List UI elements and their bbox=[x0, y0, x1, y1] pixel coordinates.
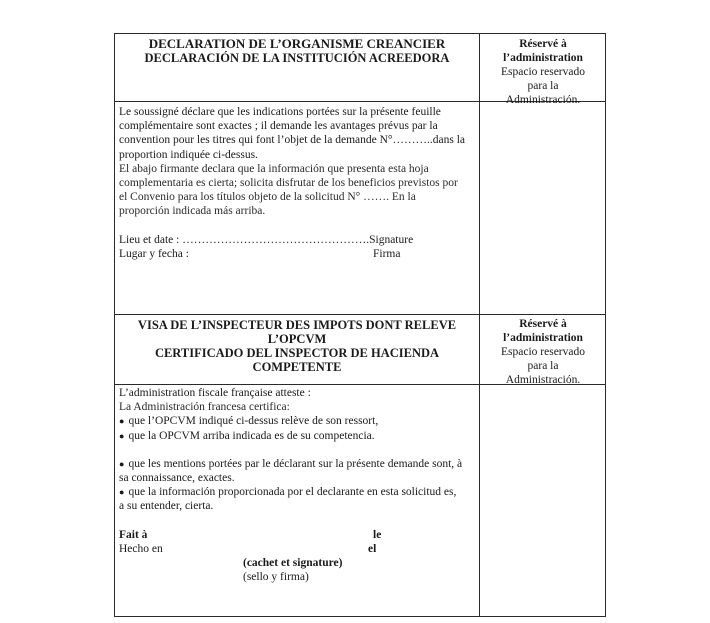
reserved-es-1: Espacio reservado bbox=[481, 65, 605, 79]
place-date-row-es: Lugar y fecha : Firma bbox=[119, 247, 477, 261]
bullet-accuracy-fr-1: que les mentions portées par le déclaran… bbox=[119, 457, 477, 471]
declaration-es-line: El abajo firmante declara que la informa… bbox=[119, 162, 477, 176]
date-label-es[interactable]: el bbox=[368, 542, 376, 556]
bullet-jurisdiction-es: que la OPCVM arriba indicada es de su co… bbox=[119, 429, 477, 443]
declaration-es: El abajo firmante declara que la informa… bbox=[119, 162, 477, 219]
made-at-row-fr: Fait à le bbox=[119, 528, 477, 542]
reserved-fr-2: l’administration bbox=[481, 331, 605, 345]
stamp-row-es: (sello y firma) bbox=[119, 570, 477, 584]
made-at-row-es: Hecho en el bbox=[119, 542, 477, 556]
date-label-fr[interactable]: le bbox=[373, 528, 381, 542]
reserved-fr-1: Réservé à bbox=[481, 37, 605, 51]
declaration-fr-line: Le soussigné déclare que les indications… bbox=[119, 105, 477, 119]
heading-es-2: COMPETENTE bbox=[115, 360, 479, 374]
place-date-label-fr[interactable]: Lieu et date : …………………………………………. bbox=[119, 234, 369, 246]
stamp-signature-label-es[interactable]: (sello y firma) bbox=[243, 570, 309, 584]
bullet-accuracy-es-2: a su entender, cierta. bbox=[119, 499, 477, 513]
place-date-row-fr: Lieu et date : ………………………………………….Signatur… bbox=[119, 233, 477, 247]
reserved-es-1: Espacio reservado bbox=[481, 345, 605, 359]
tax-inspector-visa-heading: VISA DE L’INSPECTEUR DES IMPOTS DONT REL… bbox=[115, 318, 479, 374]
declaration-fr-line: convention pour les titres qui font l’ob… bbox=[119, 133, 477, 147]
admin-reserved-area-2 bbox=[481, 386, 605, 616]
signature-label-fr[interactable]: Signature bbox=[369, 234, 413, 246]
signature-label-es[interactable]: Firma bbox=[373, 247, 400, 261]
bullet-accuracy-es-1: que la información proporcionada por el … bbox=[119, 485, 477, 499]
bullet-accuracy-fr-2: sa connaissance, exactes. bbox=[119, 471, 477, 485]
place-date-label-es[interactable]: Lugar y fecha : bbox=[119, 248, 189, 260]
declaration-es-line: proporción indicada más arriba. bbox=[119, 204, 477, 218]
row-divider-2 bbox=[115, 314, 605, 315]
heading-fr-2: L’OPCVM bbox=[115, 332, 479, 346]
declaration-es-line: complementaria es cierta; solicita disfr… bbox=[119, 176, 477, 190]
reserved-fr-1: Réservé à bbox=[481, 317, 605, 331]
column-divider bbox=[479, 34, 480, 616]
bullet-jurisdiction-fr: que l’OPCVM indiqué ci-dessus relève de … bbox=[119, 414, 477, 428]
declaration-fr-line: proportion indiquée ci-dessus. bbox=[119, 148, 477, 162]
declaration-es-line: el Convenio para los títulos objeto de l… bbox=[119, 190, 477, 204]
heading-fr: DECLARATION DE L’ORGANISME CREANCIER bbox=[115, 37, 479, 51]
attest-fr: L’administration fiscale française attes… bbox=[119, 386, 477, 400]
admin-reserved-box-1: Réservé à l’administration Espacio reser… bbox=[481, 37, 605, 107]
stamp-row-fr: (cachet et signature) bbox=[119, 556, 477, 570]
stamp-signature-label-fr[interactable]: (cachet et signature) bbox=[243, 556, 342, 570]
creditor-declaration-body: Le soussigné déclare que les indications… bbox=[119, 105, 477, 261]
reserved-es-3: Administración. bbox=[481, 373, 605, 387]
heading-es-1: CERTIFICADO DEL INSPECTOR DE HACIENDA bbox=[115, 346, 479, 360]
made-at-label-fr[interactable]: Fait à bbox=[119, 529, 147, 541]
admin-reserved-area-1 bbox=[481, 103, 605, 313]
heading-es: DECLARACIÓN DE LA INSTITUCIÓN ACREEDORA bbox=[115, 51, 479, 65]
heading-fr-1: VISA DE L’INSPECTEUR DES IMPOTS DONT REL… bbox=[115, 318, 479, 332]
admin-reserved-box-2: Réservé à l’administration Espacio reser… bbox=[481, 317, 605, 387]
reserved-es-2: para la bbox=[481, 79, 605, 93]
attest-es: La Administración francesa certifica: bbox=[119, 400, 477, 414]
declaration-fr: Le soussigné déclare que les indications… bbox=[119, 105, 477, 162]
declaration-fr-line: complémentaire sont exactes ; il demande… bbox=[119, 119, 477, 133]
creditor-declaration-heading: DECLARATION DE L’ORGANISME CREANCIER DEC… bbox=[115, 37, 479, 65]
made-at-label-es[interactable]: Hecho en bbox=[119, 543, 163, 555]
tax-inspector-visa-body: L’administration fiscale française attes… bbox=[119, 386, 477, 584]
reserved-fr-2: l’administration bbox=[481, 51, 605, 65]
reserved-es-2: para la bbox=[481, 359, 605, 373]
declaration-form: DECLARATION DE L’ORGANISME CREANCIER DEC… bbox=[114, 33, 606, 617]
